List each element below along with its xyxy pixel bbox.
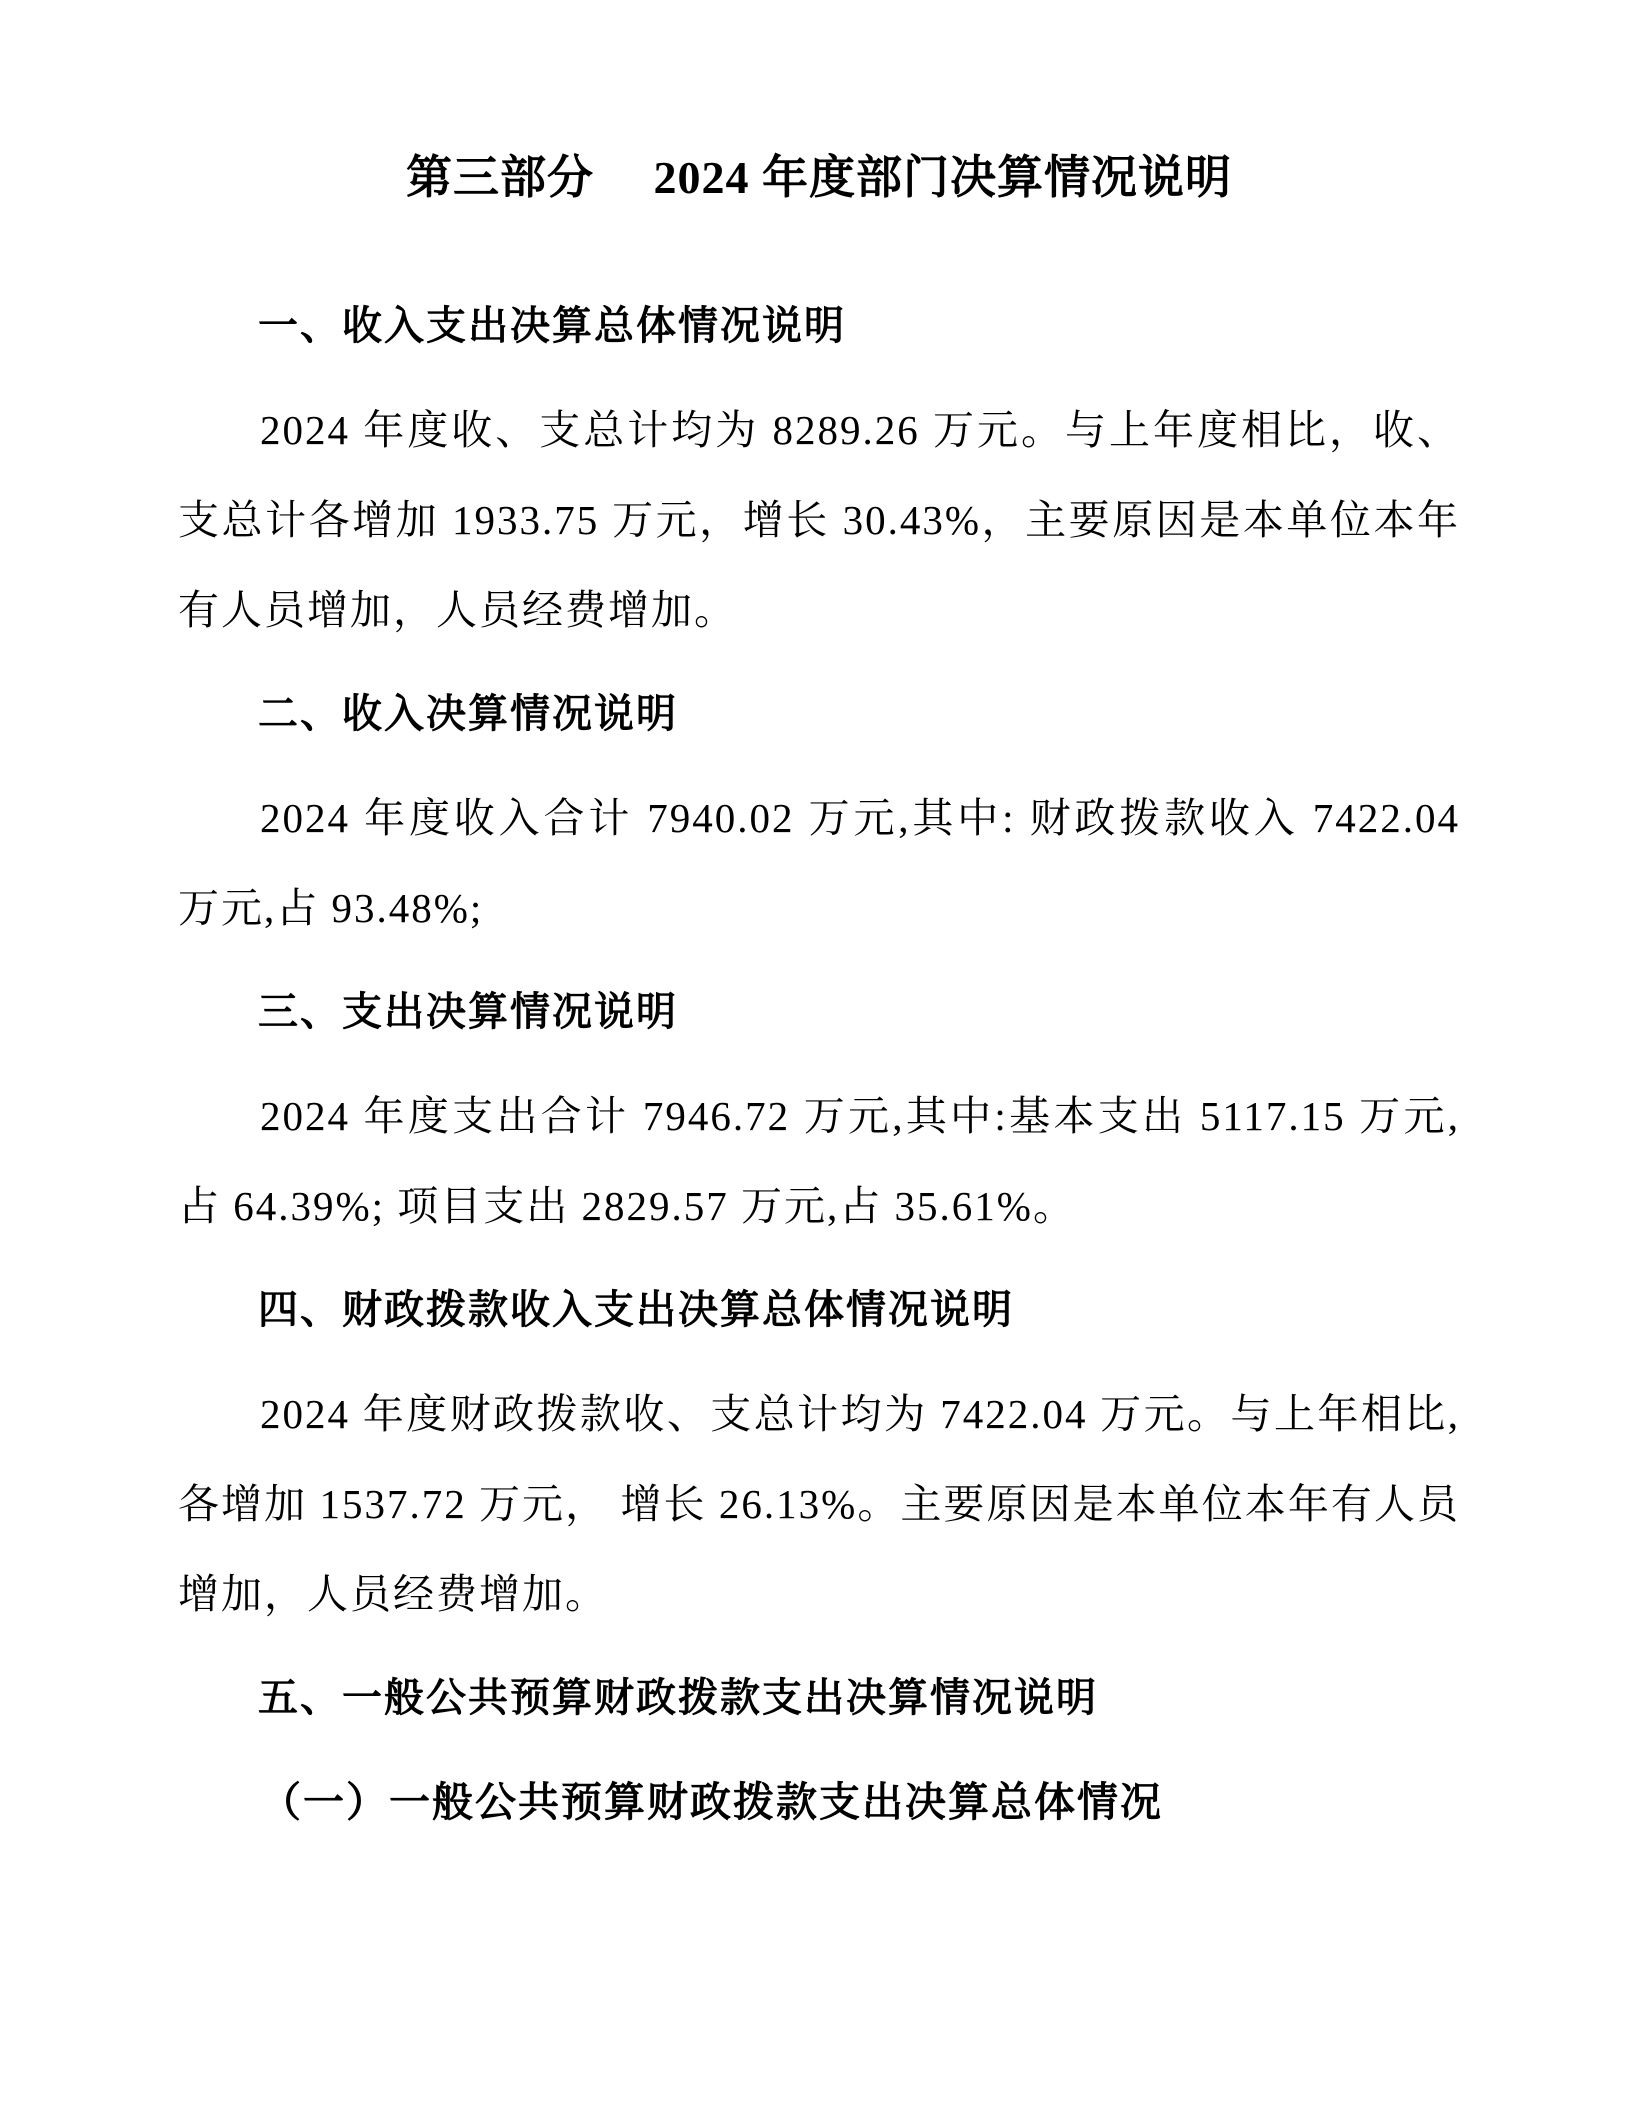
- document-page: 第三部分 2024 年度部门决算情况说明 一、收入支出决算总体情况说明 2024…: [0, 0, 1632, 2112]
- section-3-paragraph: 2024 年度支出合计 7946.72 万元,其中:基本支出 5117.15 万…: [178, 1071, 1460, 1251]
- section-3-heading: 三、支出决算情况说明: [178, 967, 1460, 1057]
- section-2-heading: 二、收入决算情况说明: [178, 669, 1460, 759]
- section-1-paragraph: 2024 年度收、支总计均为 8289.26 万元。与上年度相比，收、支总计各增…: [178, 385, 1460, 655]
- section-4-paragraph: 2024 年度财政拨款收、支总计均为 7422.04 万元。与上年相比,各增加 …: [178, 1369, 1460, 1639]
- section-5-heading: 五、一般公共预算财政拨款支出决算情况说明: [178, 1653, 1460, 1743]
- section-4-heading: 四、财政拨款收入支出决算总体情况说明: [178, 1265, 1460, 1355]
- document-title: 第三部分 2024 年度部门决算情况说明: [178, 143, 1460, 213]
- section-5-subheading: （一）一般公共预算财政拨款支出决算总体情况: [178, 1757, 1460, 1847]
- section-1-heading: 一、收入支出决算总体情况说明: [178, 281, 1460, 371]
- section-2-paragraph: 2024 年度收入合计 7940.02 万元,其中: 财政拨款收入 7422.0…: [178, 773, 1460, 953]
